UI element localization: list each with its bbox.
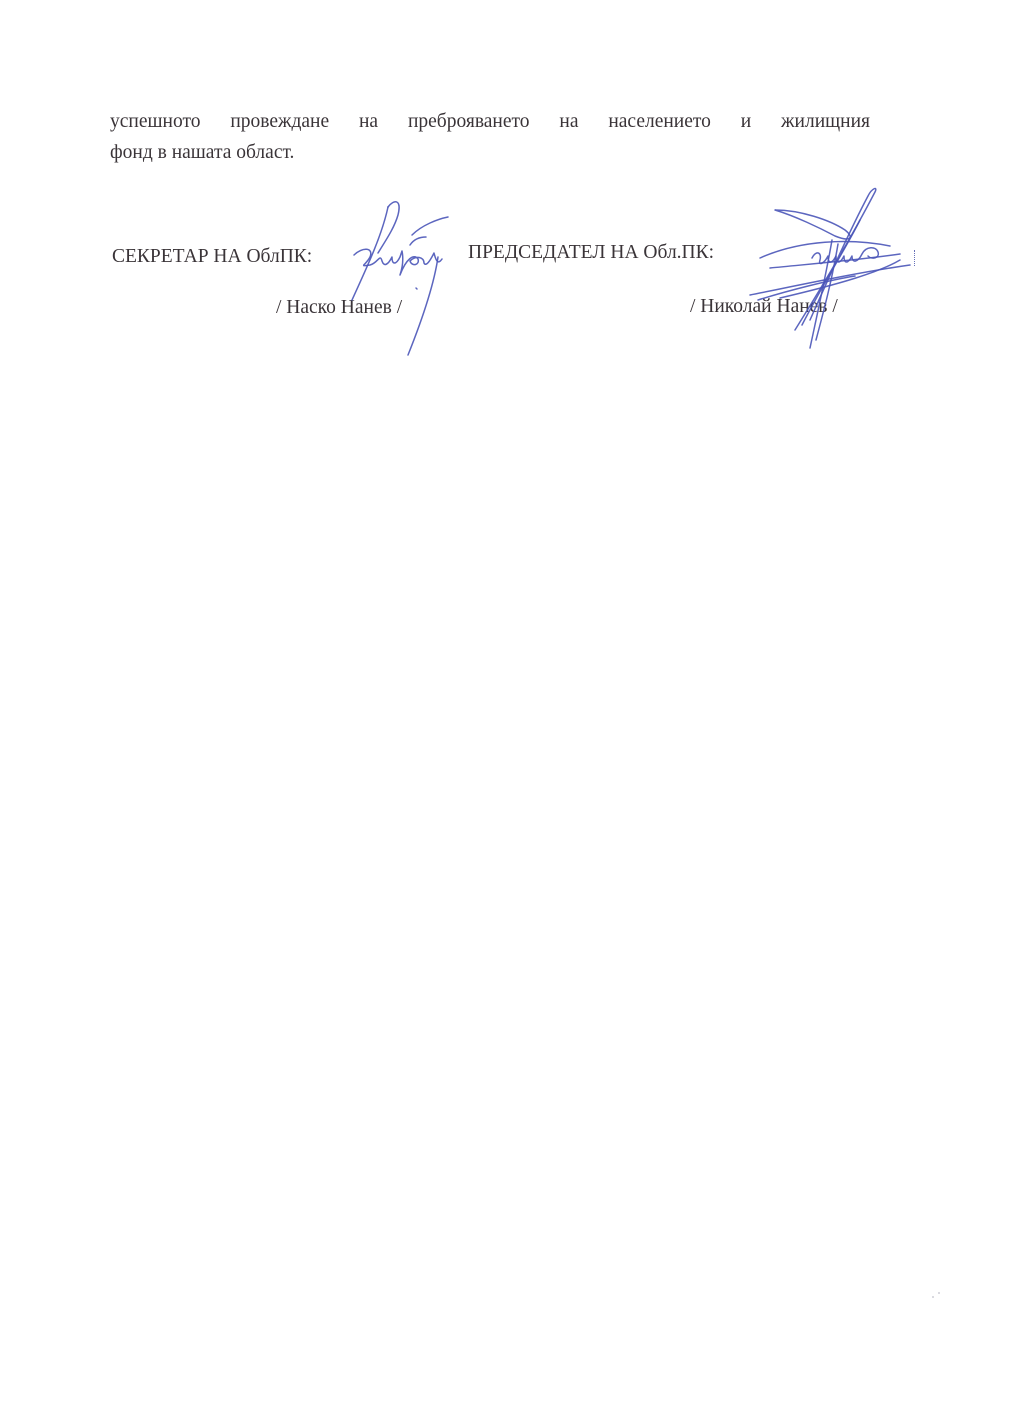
scan-artifact (938, 1292, 940, 1294)
secretary-name: / Наско Нанев / (276, 297, 402, 319)
scan-artifact (932, 1296, 934, 1298)
secretary-signature (330, 195, 460, 360)
chairman-name: / Николай Нанев / (690, 296, 838, 318)
document-page: успешното провеждане на преброяването на… (0, 0, 1024, 1408)
body-line-2: фонд в нашата област. (110, 137, 870, 168)
body-paragraph: успешното провеждане на преброяването на… (110, 106, 870, 168)
margin-mark (914, 250, 917, 266)
body-line-1: успешното провеждане на преброяването на… (110, 106, 870, 137)
secretary-label: СЕКРЕТАР НА ОблПК: (112, 246, 312, 268)
chairman-label: ПРЕДСЕДАТЕЛ НА Обл.ПК: (468, 242, 714, 264)
chairman-signature (740, 180, 940, 360)
